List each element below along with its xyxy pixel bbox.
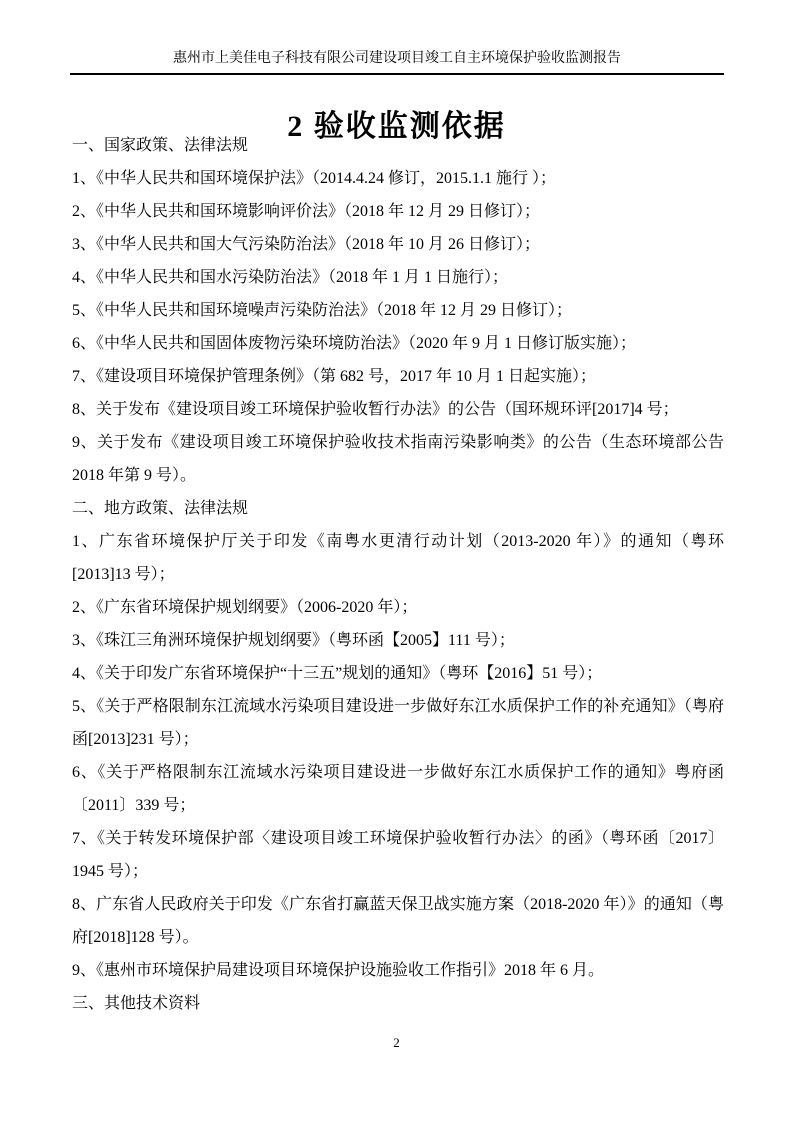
list-item: 4、《关于印发广东省环境保护“十三五”规划的通知》（粤环【2016】51 号）； bbox=[72, 657, 724, 690]
list-item: 6、《关于严格限制东江流域水污染项目建设进一步做好东江水质保护工作的通知》粤府函… bbox=[72, 756, 724, 822]
list-item: 9、《惠州市环境保护局建设项目环境保护设施验收工作指引》2018 年 6 月。 bbox=[72, 954, 724, 987]
list-item: 1、广东省环境保护厅关于印发《南粤水更清行动计划（2013-2020 年）》的通… bbox=[72, 525, 724, 591]
list-item: 2、《中华人民共和国环境影响评价法》（2018 年 12 月 29 日修订）； bbox=[72, 195, 724, 228]
list-item: 3、《珠江三角洲环境保护规划纲要》（粤环函【2005】111 号）； bbox=[72, 624, 724, 657]
list-item: 5、《关于严格限制东江流域水污染项目建设进一步做好东江水质保护工作的补充通知》（… bbox=[72, 690, 724, 756]
list-item: 5、《中华人民共和国环境噪声污染防治法》（2018 年 12 月 29 日修订）… bbox=[72, 294, 724, 327]
list-item: 7、《建设项目环境保护管理条例》（第 682 号，2017 年 10 月 1 日… bbox=[72, 360, 724, 393]
document-body: 一、国家政策、法律法规1、《中华人民共和国环境保护法》（2014.4.24 修订… bbox=[72, 129, 724, 1020]
list-item: 7、《关于转发环境保护部〈建设项目竣工环境保护验收暂行办法〉的函》（粤环函〔20… bbox=[72, 822, 724, 888]
list-item: 8、广东省人民政府关于印发《广东省打赢蓝天保卫战实施方案（2018-2020 年… bbox=[72, 888, 724, 954]
page-header: 惠州市上美佳电子科技有限公司建设项目竣工自主环境保护验收监测报告 bbox=[70, 50, 724, 75]
document-page: 惠州市上美佳电子科技有限公司建设项目竣工自主环境保护验收监测报告 2 验收监测依… bbox=[0, 0, 793, 1122]
list-item: 1、《中华人民共和国环境保护法》（2014.4.24 修订，2015.1.1 施… bbox=[72, 162, 724, 195]
list-item: 4、《中华人民共和国水污染防治法》（2018 年 1 月 1 日施行）； bbox=[72, 261, 724, 294]
section-heading: 一、国家政策、法律法规 bbox=[72, 129, 724, 162]
list-item: 3、《中华人民共和国大气污染防治法》（2018 年 10 月 26 日修订）； bbox=[72, 228, 724, 261]
list-item: 9、关于发布《建设项目竣工环境保护验收技术指南污染影响类》的公告（生态环境部公告… bbox=[72, 426, 724, 492]
page-number: 2 bbox=[0, 1034, 793, 1052]
section-heading: 三、其他技术资料 bbox=[72, 987, 724, 1020]
list-item: 6、《中华人民共和国固体废物污染环境防治法》（2020 年 9 月 1 日修订版… bbox=[72, 327, 724, 360]
list-item: 2、《广东省环境保护规划纲要》（2006-2020 年）； bbox=[72, 591, 724, 624]
list-item: 8、关于发布《建设项目竣工环境保护验收暂行办法》的公告（国环规环评[2017]4… bbox=[72, 393, 724, 426]
section-heading: 二、地方政策、法律法规 bbox=[72, 492, 724, 525]
